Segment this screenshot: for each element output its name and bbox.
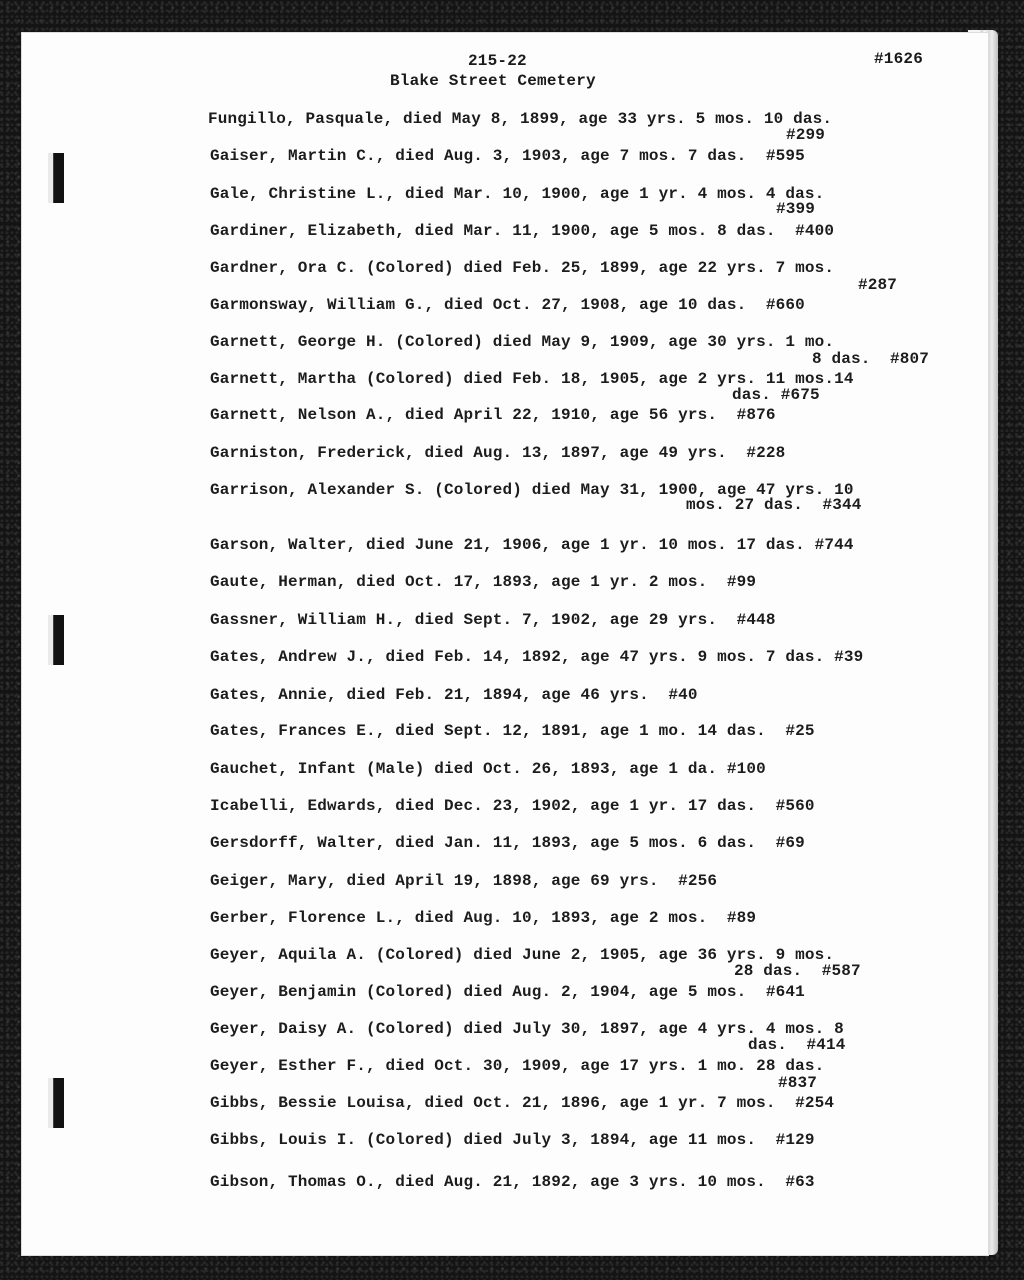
entry-continuation: #399 <box>776 200 815 218</box>
entry-line: Icabelli, Edwards, died Dec. 23, 1902, a… <box>210 797 815 815</box>
entry-line: Fungillo, Pasquale, died May 8, 1899, ag… <box>208 110 832 128</box>
burial-entries-list: Fungillo, Pasquale, died May 8, 1899, ag… <box>0 0 1024 1280</box>
entry-line: Gardner, Ora C. (Colored) died Feb. 25, … <box>210 259 834 277</box>
entry-line: Garnett, George H. (Colored) died May 9,… <box>210 333 834 351</box>
entry-continuation: #299 <box>786 126 825 144</box>
entry-continuation: das. #675 <box>732 386 820 404</box>
entry-line: Gibbs, Bessie Louisa, died Oct. 21, 1896… <box>210 1094 834 1112</box>
entry-line: Gaiser, Martin C., died Aug. 3, 1903, ag… <box>210 147 805 165</box>
entry-line: Gates, Frances E., died Sept. 12, 1891, … <box>210 722 815 740</box>
entry-line: Garnett, Nelson A., died April 22, 1910,… <box>210 406 776 424</box>
entry-line: Gassner, William H., died Sept. 7, 1902,… <box>210 611 776 629</box>
entry-line: Garson, Walter, died June 21, 1906, age … <box>210 536 854 554</box>
entry-line: Gates, Andrew J., died Feb. 14, 1892, ag… <box>210 648 863 666</box>
entry-line: Gardiner, Elizabeth, died Mar. 11, 1900,… <box>210 222 834 240</box>
entry-continuation: das. #414 <box>748 1036 846 1054</box>
entry-continuation: #287 <box>858 276 897 294</box>
entry-line: Gibbs, Louis I. (Colored) died July 3, 1… <box>210 1131 815 1149</box>
entry-line: Geyer, Benjamin (Colored) died Aug. 2, 1… <box>210 983 805 1001</box>
entry-line: Geiger, Mary, died April 19, 1898, age 6… <box>210 872 717 890</box>
entry-continuation: mos. 27 das. #344 <box>686 496 862 514</box>
entry-line: Gibson, Thomas O., died Aug. 21, 1892, a… <box>210 1173 815 1191</box>
entry-line: Gauchet, Infant (Male) died Oct. 26, 189… <box>210 760 766 778</box>
entry-continuation: #837 <box>778 1074 817 1092</box>
entry-line: Gale, Christine L., died Mar. 10, 1900, … <box>210 185 824 203</box>
entry-line: Gersdorff, Walter, died Jan. 11, 1893, a… <box>210 834 805 852</box>
entry-line: Geyer, Esther F., died Oct. 30, 1909, ag… <box>210 1057 824 1075</box>
entry-continuation: 8 das. #807 <box>812 350 929 368</box>
entry-line: Garmonsway, William G., died Oct. 27, 19… <box>210 296 805 314</box>
entry-line: Gerber, Florence L., died Aug. 10, 1893,… <box>210 909 756 927</box>
entry-line: Garniston, Frederick, died Aug. 13, 1897… <box>210 444 785 462</box>
entry-line: Gates, Annie, died Feb. 21, 1894, age 46… <box>210 686 698 704</box>
entry-continuation: 28 das. #587 <box>734 962 861 980</box>
entry-line: Gaute, Herman, died Oct. 17, 1893, age 1… <box>210 573 756 591</box>
